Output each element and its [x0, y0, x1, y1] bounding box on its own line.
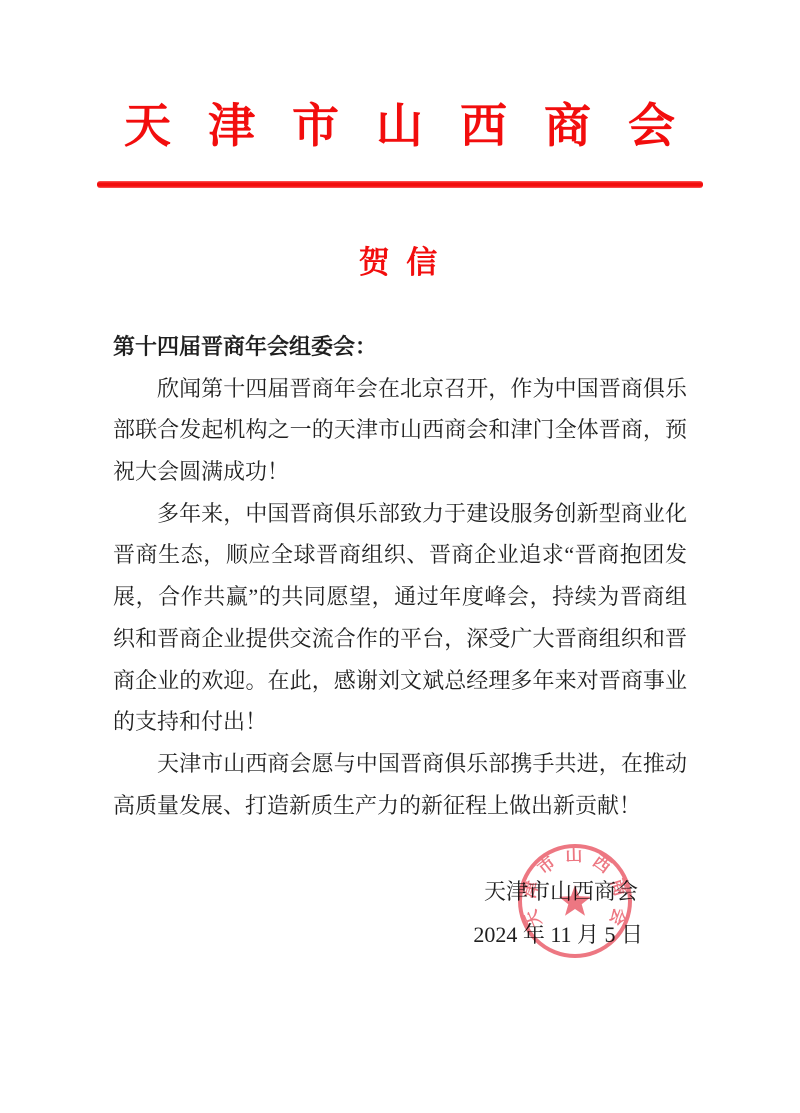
- letter-title: 贺 信: [0, 243, 800, 283]
- signature-org: 天津市山西商会: [484, 878, 638, 906]
- letter-page: 天 津 市 山 西 商 会 贺 信 第十四届晋商年会组委会： 欣闻第十四届晋商年…: [0, 0, 800, 1113]
- body-line: 祝大会圆满成功！: [113, 451, 687, 493]
- body-line: 部联合发起机构之一的天津市山西商会和津门全体晋商，预: [113, 409, 687, 451]
- header-divider-rule: [97, 181, 703, 188]
- body-line: 多年来，中国晋商俱乐部致力于建设服务创新型商业化: [113, 493, 687, 535]
- body-line: 天津市山西商会愿与中国晋商俱乐部携手共进，在推动: [113, 743, 687, 785]
- body-line: 展，合作共赢”的共同愿望，通过年度峰会，持续为晋商组: [113, 576, 687, 618]
- body-line: 的支持和付出！: [113, 701, 687, 743]
- body-line: 晋商生态，顺应全球晋商组织、晋商企业追求“晋商抱团发: [113, 534, 687, 576]
- body-line: 商企业的欢迎。在此，感谢刘文斌总经理多年来对晋商事业: [113, 660, 687, 702]
- org-title: 天 津 市 山 西 商 会: [124, 99, 675, 153]
- body-line: 欣闻第十四届晋商年会在北京召开，作为中国晋商俱乐: [113, 368, 687, 410]
- body-line: 高质量发展、打造新质生产力的新征程上做出新贡献！: [113, 785, 687, 827]
- paragraphs: 欣闻第十四届晋商年会在北京召开，作为中国晋商俱乐部联合发起机构之一的天津市山西商…: [113, 368, 687, 827]
- salutation: 第十四届晋商年会组委会：: [113, 326, 687, 368]
- body-line: 织和晋商企业提供交流合作的平台，深受广大晋商组织和晋: [113, 618, 687, 660]
- signature-date: 2024 年 11 月 5 日: [473, 921, 643, 949]
- letter-body: 第十四届晋商年会组委会： 欣闻第十四届晋商年会在北京召开，作为中国晋商俱乐部联合…: [113, 326, 687, 826]
